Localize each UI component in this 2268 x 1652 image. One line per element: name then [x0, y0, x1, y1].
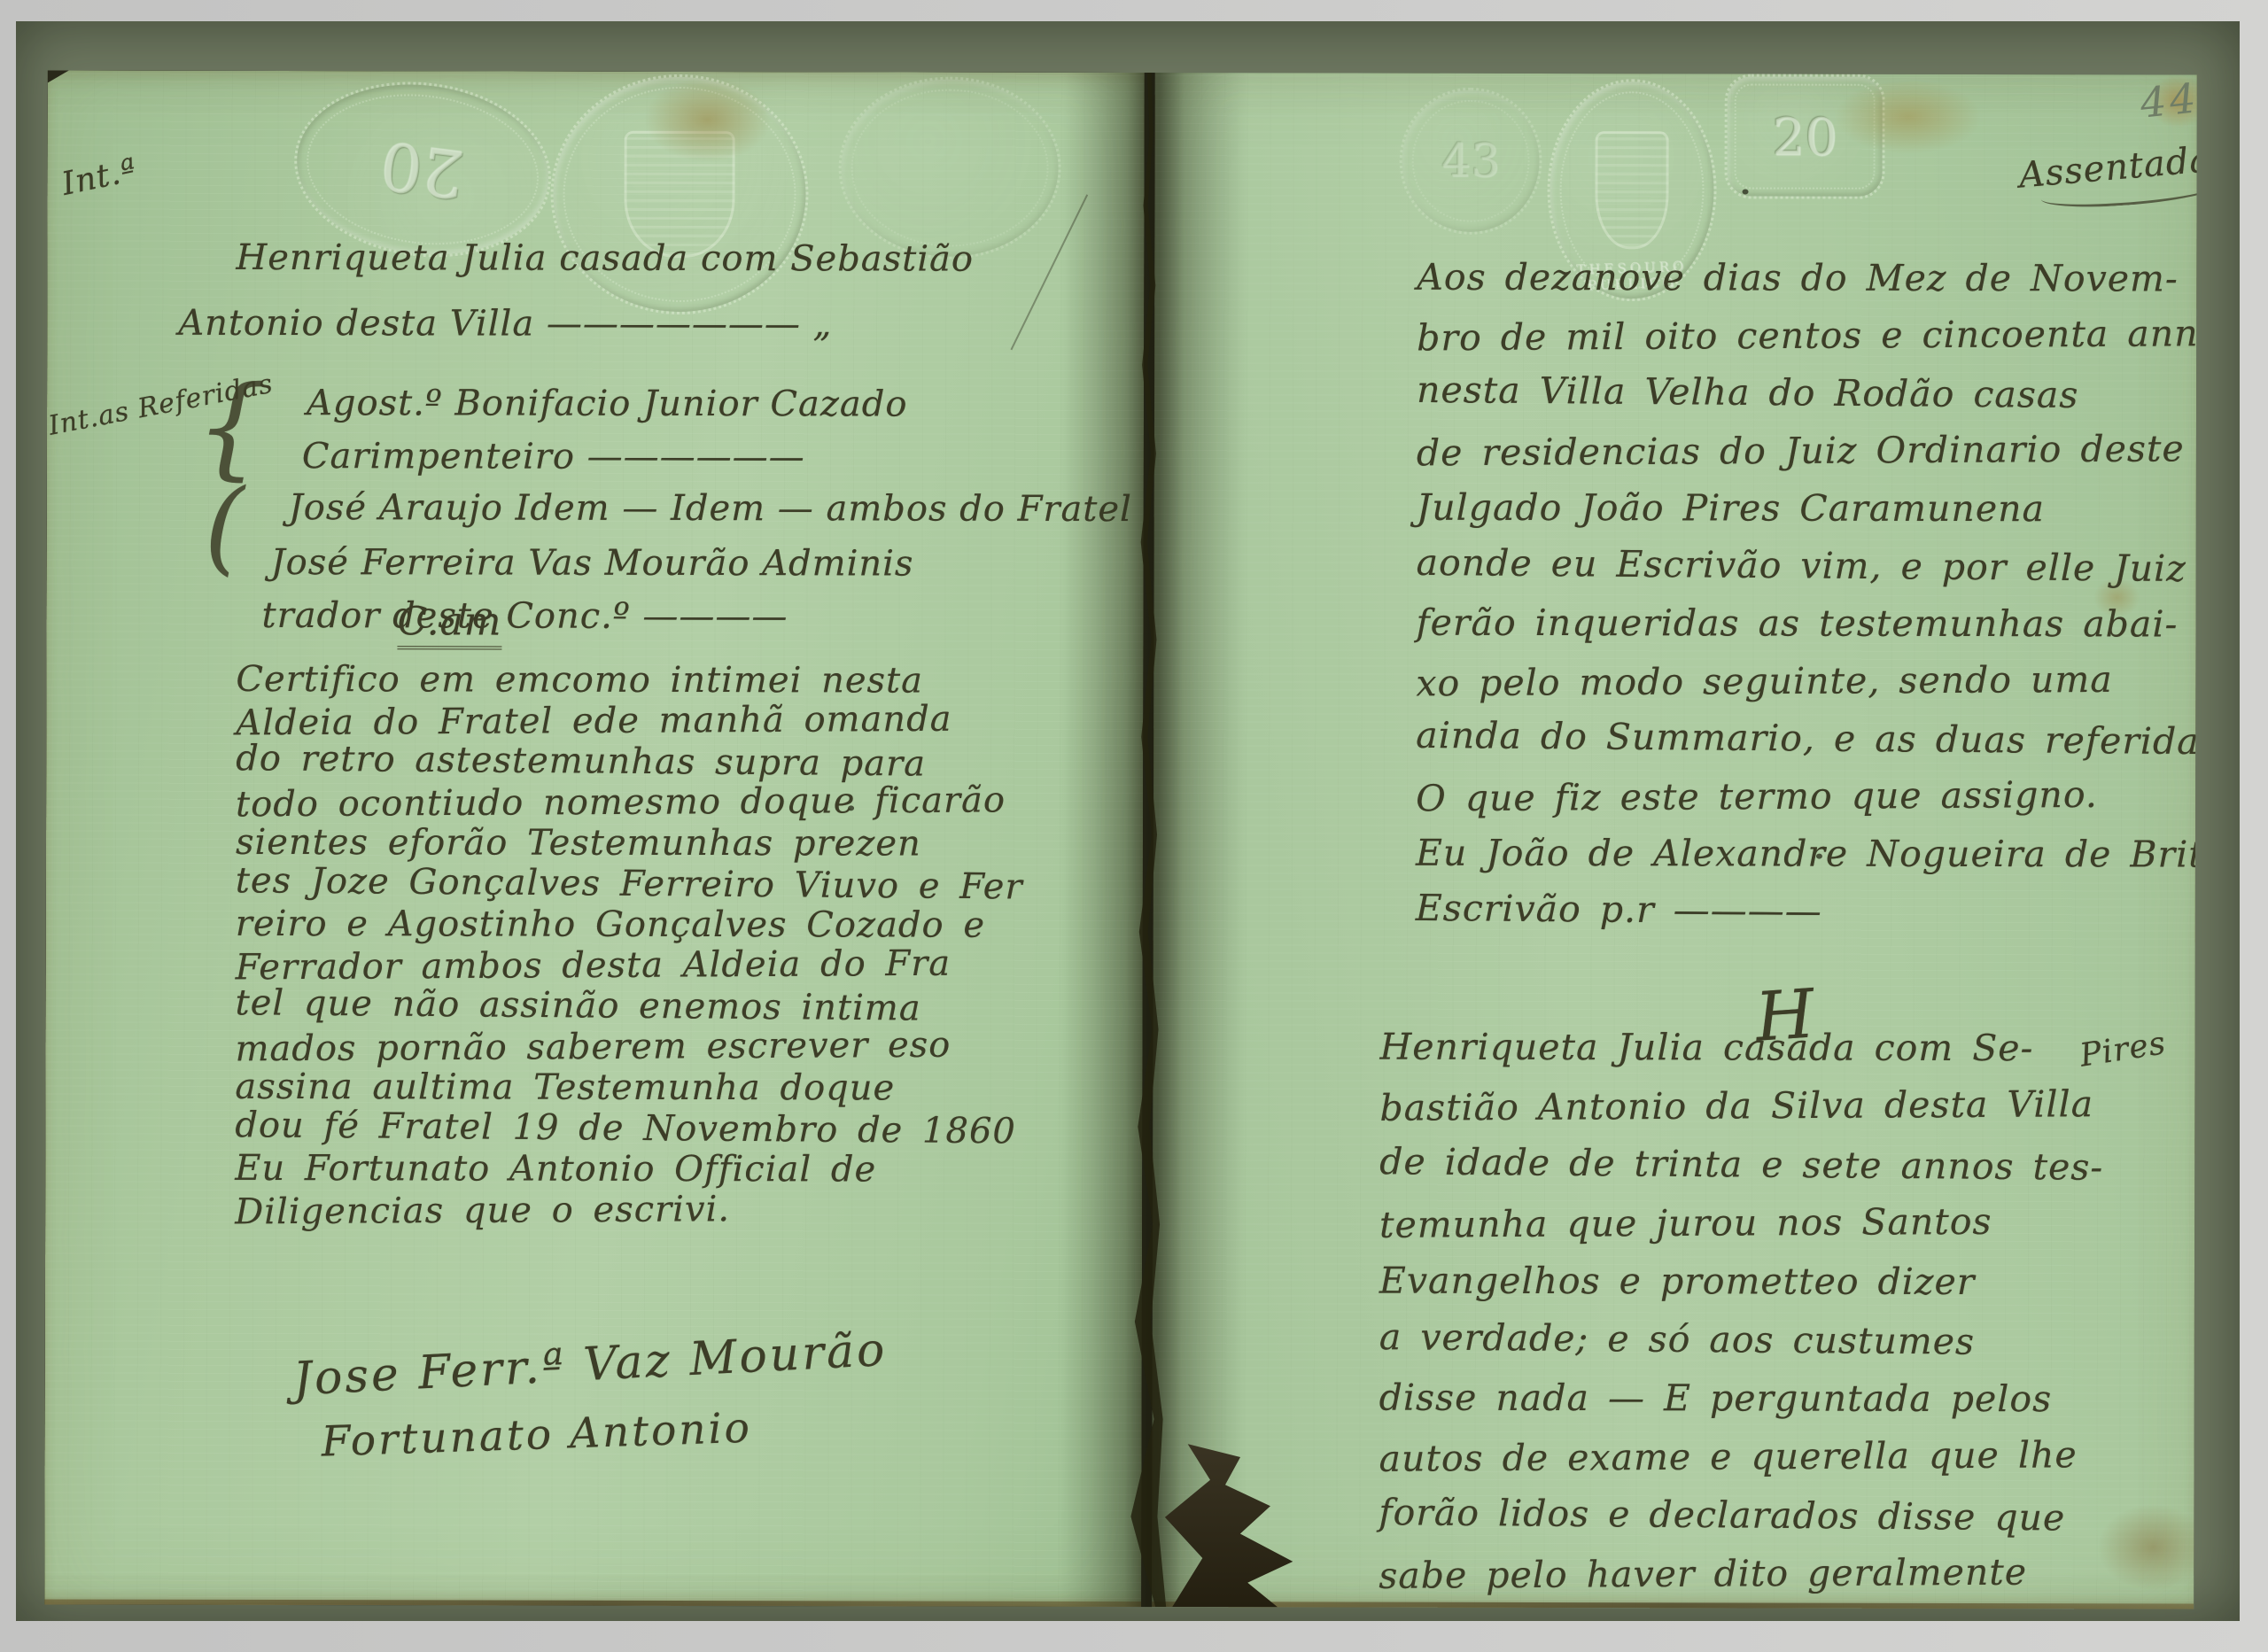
manuscript-line: assina aultima Testemunha doque [235, 1066, 1022, 1109]
heading-text: C.am [397, 599, 501, 649]
embossed-revenue-stamp-icon: 20 [1725, 74, 1885, 198]
ink-speck [1743, 189, 1749, 194]
manuscript-line: Aldeia do Fratel ede manhã omanda [236, 698, 1023, 743]
embossed-revenue-stamp-icon: 43 [1399, 88, 1542, 235]
scanned-manuscript-photo: 20 Int.ª Int.as Referidas Henriqueta Jul… [0, 0, 2268, 1652]
manuscript-line: sientes eforão Testemunhas prezen [236, 822, 1023, 865]
manuscript-line: Escrivão p.r ———— [1416, 880, 2197, 944]
manuscript-line: mados pornão saberem escrever eso [235, 1024, 1022, 1069]
manuscript-line: Aos dezanove dias do Mez de Novem- [1417, 249, 2197, 308]
manuscript-line: Agost.º Bonifacio Junior Cazado [307, 383, 908, 424]
manuscript-line: trador deste Conc.º ———— [261, 595, 788, 637]
manuscript-line: ainda do Summario, e as duas referidas. [1416, 707, 2197, 772]
manuscript-line: Henriqueta Julia casada com Se- [1379, 1018, 2103, 1078]
manuscript-line: tel que não assinão enemos intima [235, 982, 1022, 1029]
manuscript-line: Diligencias que o escrivi. [235, 1187, 1022, 1232]
right-page: 43 THESOURO PUBLICO 20 44 [1152, 73, 2197, 1609]
backing-board: 20 Int.ª Int.as Referidas Henriqueta Jul… [16, 21, 2240, 1621]
manuscript-line: temunha que jurou nos Santos [1379, 1191, 2103, 1254]
manuscript-line: xo pelo modo seguinte, sendo uma [1416, 650, 2197, 712]
manuscript-line: reiro e Agostinho Gonçalves Cozado e [236, 904, 1023, 946]
manuscript-line: forão lidos e declarados disse que [1379, 1483, 2103, 1547]
manuscript-line: aonde eu Escrivão vim, e por elle Juiz [1416, 534, 2196, 599]
manuscript-line: tes Joze Gonçalves Ferreiro Viuvo e Fer [236, 860, 1023, 907]
signature-jose-ferreira: Jose Ferr.ª Vaz Mourão [292, 1323, 889, 1407]
manuscript-line: Evangelhos e prometteo dizer [1379, 1252, 2103, 1312]
folio-number: 44 [2138, 74, 2197, 128]
stamp-value: 43 [1441, 135, 1500, 188]
manuscript-line: Antonio desta Villa ——————— „ [178, 303, 832, 345]
manuscript-line: Henriqueta Julia casada com Sebastião [236, 237, 974, 280]
manuscript-line: de residencias do Juiz Ordinario deste [1417, 420, 2197, 482]
manuscript-line: Eu Fortunato Antonio Official de [235, 1148, 1022, 1191]
manuscript-line: Carimpenteiro —————— [302, 436, 805, 477]
left-page: 20 Int.ª Int.as Referidas Henriqueta Jul… [44, 70, 1145, 1607]
stamp-value: 20 [1772, 106, 1837, 167]
certificate-heading: C.am [397, 599, 501, 644]
stamp-value: 20 [377, 127, 469, 213]
manuscript-line: Ferrador ambos desta Aldeia do Fra [236, 942, 1023, 988]
manuscript-line: sabe pelo haver dito geralmente [1379, 1542, 2102, 1605]
manuscript-line: bro de mil oito centos e cincoenta annos [1417, 305, 2197, 367]
testimony-paragraph: Henriqueta Julia casada com Se- bastião … [1379, 1018, 2103, 1604]
manuscript-line: dou fé Fratel 19 de Novembro de 1860 [235, 1105, 1022, 1152]
manuscript-line: de idade de trinta e sete annos tes- [1379, 1132, 2104, 1197]
manuscript-line: O que fiz este termo que assigno. [1416, 765, 2197, 827]
manuscript-line: José Araujo Idem — Idem — ambos do Frate… [289, 487, 1132, 530]
manuscript-line: Certifico em emcomo intimei nesta [236, 659, 1023, 702]
manuscript-line: Julgado João Pires Caramunena [1417, 479, 2197, 539]
burned-edge [44, 1599, 1141, 1607]
manuscript-line: Eu João de Alexandre Nogueira de Brito [1416, 825, 2197, 884]
manuscript-line: nesta Villa Velha do Rodão casas [1417, 361, 2197, 426]
certificate-paragraph: Certifico em emcomo intimei nesta Aldeia… [235, 659, 1023, 1231]
embossed-revenue-stamp-icon [838, 76, 1060, 260]
ink-brace: ( [205, 468, 245, 586]
manuscript-line: do retro astestemunhas supra para [236, 738, 1023, 785]
manuscript-line: bastião Antonio da Silva desta Villa [1379, 1074, 2103, 1137]
manuscript-line: todo ocontiudo nomesmo doque ficarão [236, 779, 1023, 825]
session-paragraph: Aos dezanove dias do Mez de Novem- bro d… [1416, 249, 2197, 942]
manuscript-line: José Ferreira Vas Mourão Adminis [271, 542, 914, 585]
manuscript-line: autos de exame e querella que lhe [1379, 1425, 2102, 1488]
crest-shield-icon [1595, 131, 1669, 250]
manuscript-line: ferão inqueridas as testemunhas abai- [1416, 594, 2196, 654]
manuscript-line: disse nada — E perguntada pelos [1379, 1369, 2103, 1429]
manuscript-line: a verdade; e só aos custumes [1379, 1307, 2104, 1372]
manuscript-spread: 20 Int.ª Int.as Referidas Henriqueta Jul… [44, 70, 2197, 1609]
signature-fortunato-antonio: Fortunato Antonio [321, 1404, 753, 1467]
margin-note-intimacao: Int.ª [58, 151, 140, 203]
